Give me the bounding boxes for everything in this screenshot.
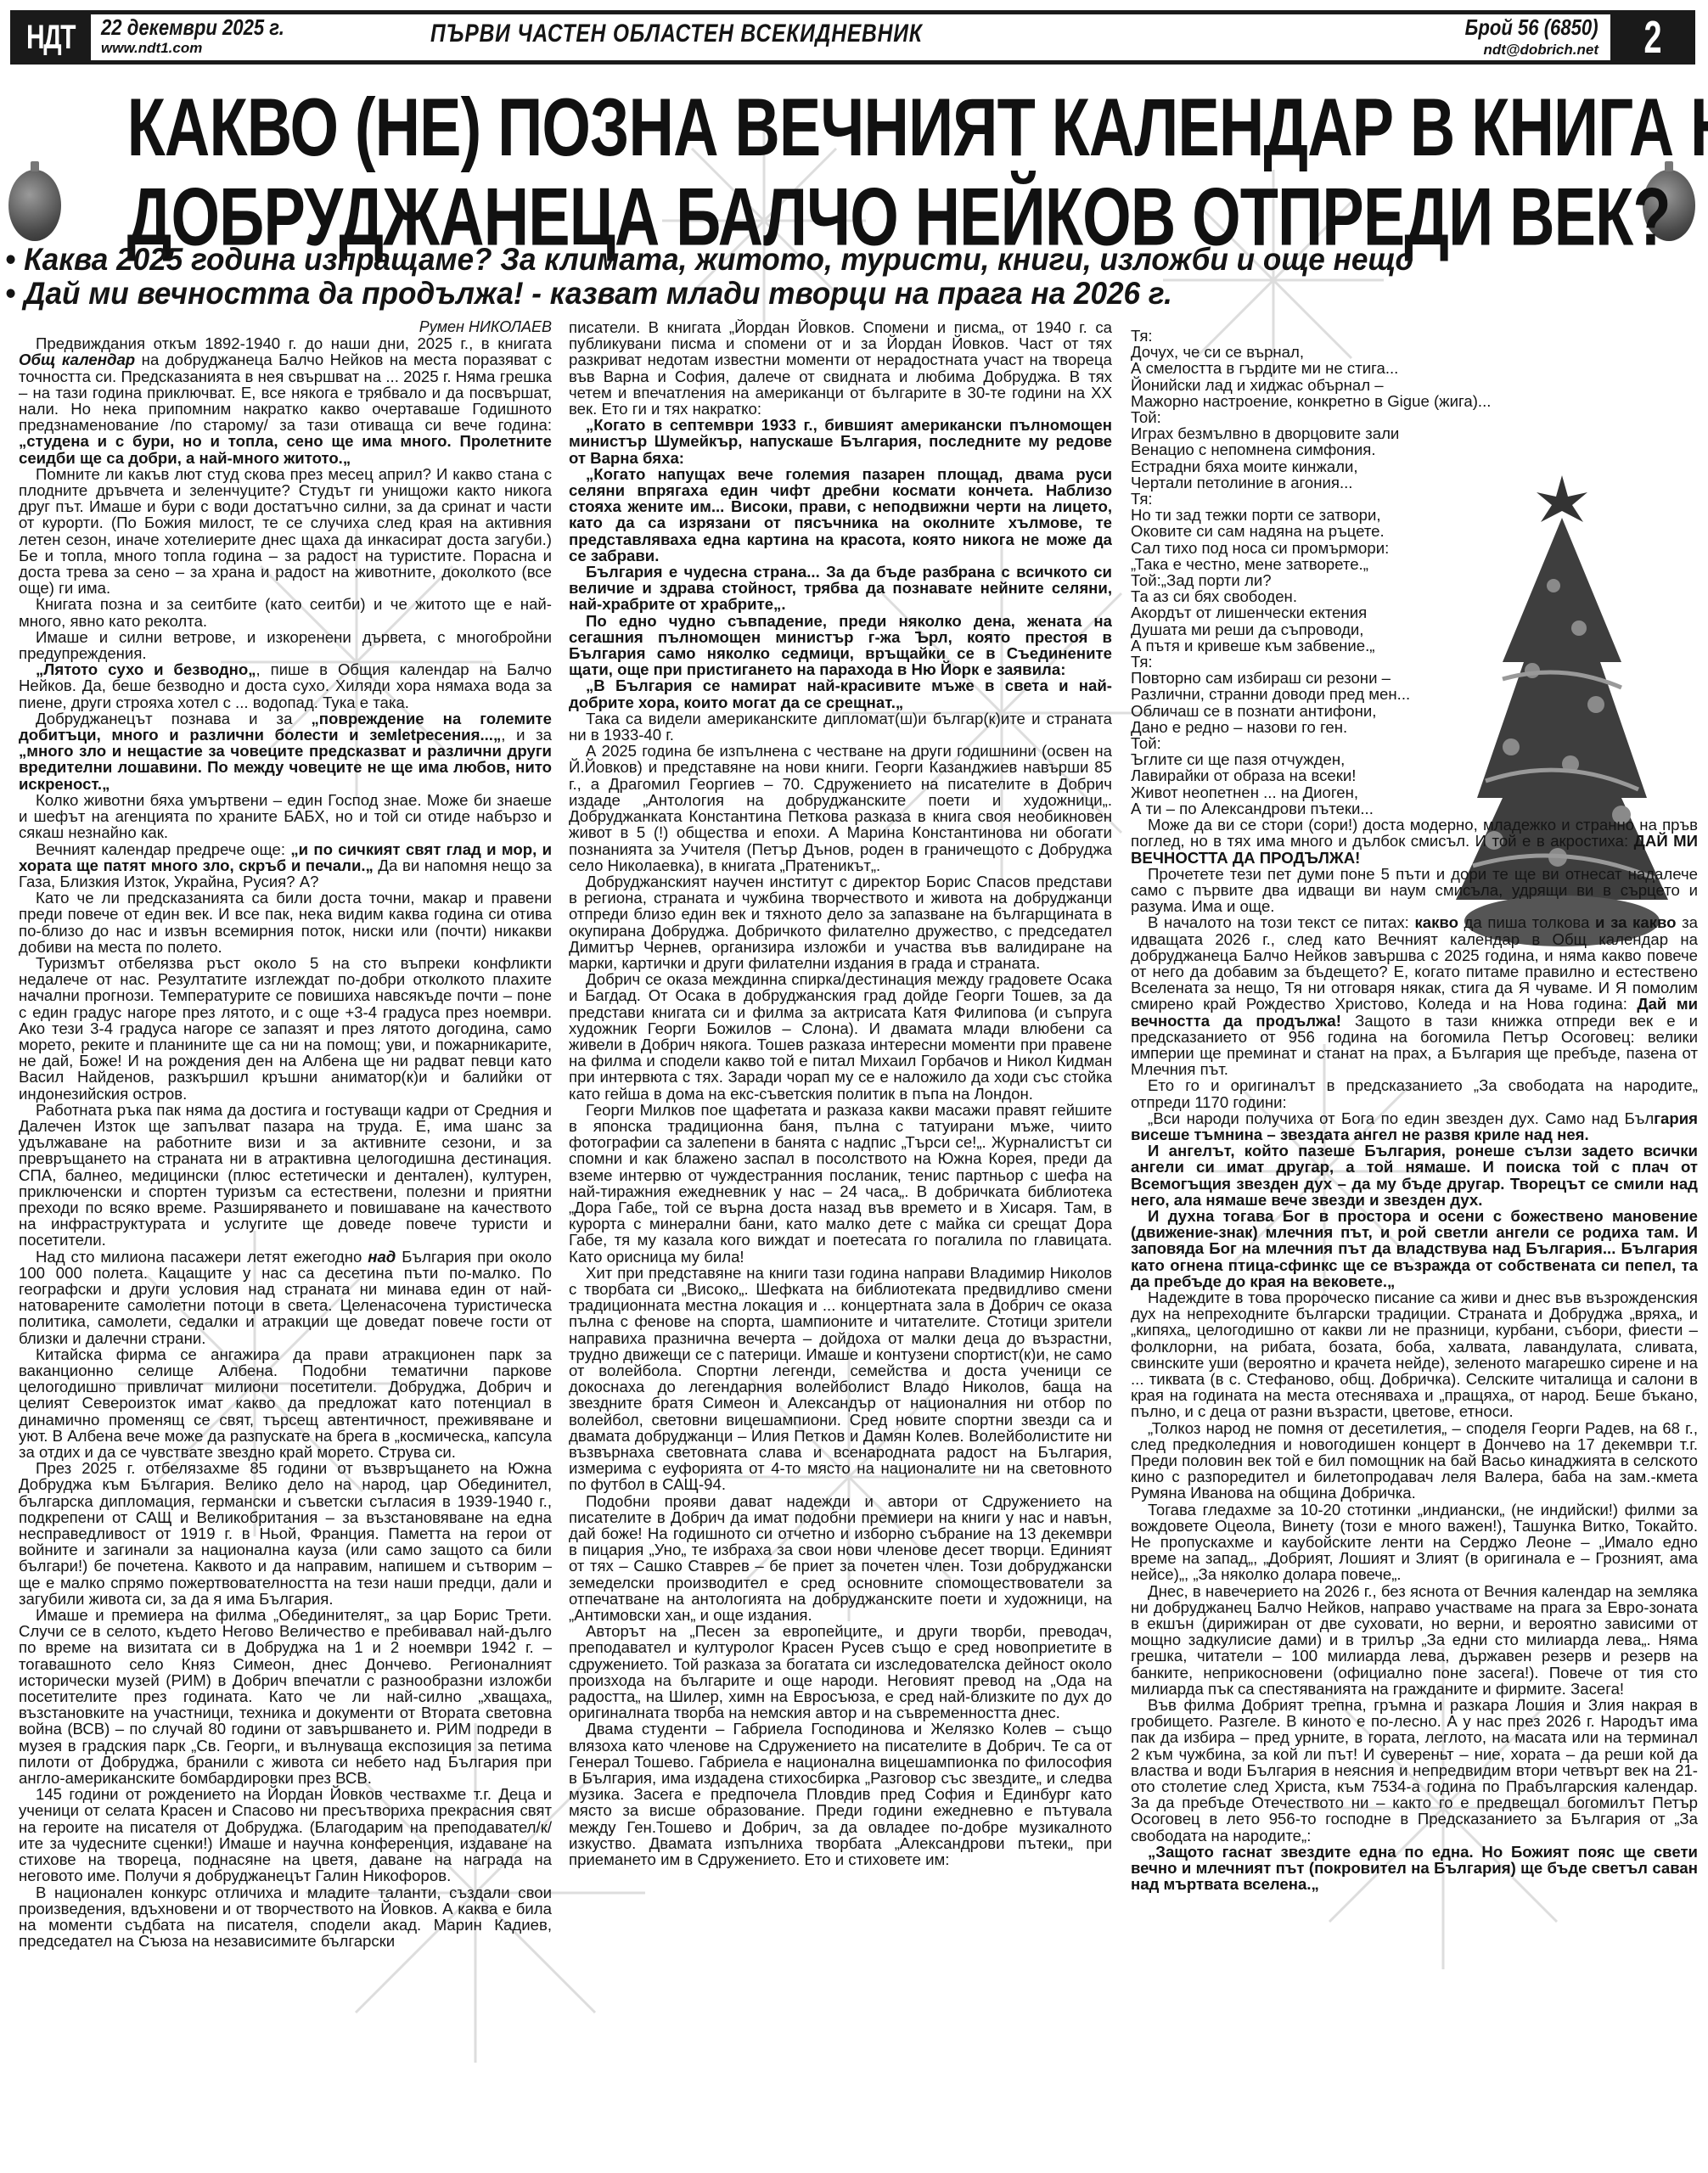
poem-line: Тя: [1131,654,1470,670]
paragraph: Над сто милиона пасажери летят ежегодно … [19,1249,552,1346]
paragraph: Във филма Добрият трепна, гръмна и разка… [1131,1697,1698,1844]
poem-line: Дочух, че си се върнал, [1131,344,1470,360]
subhead-1: • Каква 2025 година изпращаме? За климат… [5,243,1610,277]
poem-line: Венацио с непомнена симфония. [1131,441,1470,458]
email-link[interactable]: ndt@dobrich.net [1483,42,1598,59]
prophecy-quote: И духна тогава Бог в простора и осени с … [1131,1208,1698,1289]
poem-line: Оковите си сам надяна на ръцете. [1131,523,1470,539]
paragraph: А 2025 година бе изпълнена с честване на… [569,743,1112,873]
quote-paragraph: „В България се намират най-красивите мъж… [569,677,1112,710]
poem-line: Той:„Зад порти ли? [1131,572,1470,588]
quote-paragraph: „Когато напущах вече големия пазарен пло… [569,466,1112,564]
paragraph: Прочетете тези пет думи поне 5 пъти и до… [1131,866,1698,915]
christmas-bauble-icon [8,170,61,241]
poem-line: Живот неопетнен ... на Диоген, [1131,784,1470,800]
poem-line: Чертали петолиние в агония... [1131,474,1470,491]
issue-date: 22 декември 2025 г. [101,14,284,41]
column-3: Тя: Дочух, че си се върнал, А смелостта … [1131,319,1698,2166]
poem-line: Ъглите си ще пазя отчужден, [1131,751,1470,767]
paragraph: Георги Милков пое щафетата и разказа как… [569,1102,1112,1265]
quote-paragraph: България е чудесна страна... За да бъде … [569,564,1112,613]
article-body: Румен НИКОЛАЕВ Предвиждания откъм 1892-1… [19,319,1696,2166]
paragraph: Вечният календар предрече още: „и по сич… [19,841,552,890]
paragraph: Предвиждания откъм 1892-1940 г. до наши … [19,335,552,466]
paragraph: Авторът на „Песен за европейците„ и друг… [569,1623,1112,1721]
subhead-2: • Дай ми вечността да продължа! - казват… [5,277,1610,311]
poem-line: Душата ми реши да съпроводи, [1131,621,1470,637]
paragraph: Може да ви се стори (сори!) доста модерн… [1131,817,1698,866]
byline: Румен НИКОЛАЕВ [19,319,552,335]
masthead-tagline: ПЪРВИ ЧАСТЕН ОБЛАСТЕН ВСЕКИДНЕВНИК [430,20,923,48]
poem-line: „Така е честно, мене затворете.„ [1131,556,1470,572]
poem-line: Лавирайки от образа на всеки! [1131,767,1470,783]
quote-paragraph: „Когато в септември 1933 г., бившият аме… [569,417,1112,466]
poem-line: А пътя и кривеше към забвение.„ [1131,637,1470,654]
poem-line: А смелостта в гърдите ми не стига... [1131,360,1470,376]
poem-line: Повторно сам избираш си резони – [1131,670,1470,686]
poem-line: Той: [1131,409,1470,425]
closing-quote: „Защото гаснат звездите една по една. Но… [1131,1844,1698,1893]
paragraph: „Толкоз народ не помня от десетилетия„ –… [1131,1420,1698,1502]
paragraph: Тогава гледахме за 10-20 стотинки „индиа… [1131,1502,1698,1583]
poem-line: Та аз си бях свободен. [1131,588,1470,604]
poem-line: Тя: [1131,491,1470,507]
poem-line: Йонийски лад и хиджас обърнал – [1131,377,1470,393]
paragraph: писатели. В книгата „Йордан Йовков. Спом… [569,319,1112,417]
article-headline: КАКВО (НЕ) ПОЗНА ВЕЧНИЯТ КАЛЕНДАР В КНИГ… [127,83,1584,262]
paragraph: Днес, в навечерието на 2026 г., без ясно… [1131,1583,1698,1697]
paragraph: Надеждите в това пророческо писание са ж… [1131,1289,1698,1420]
paragraph: В началото на този текст се питах: какво… [1131,914,1698,1077]
paragraph: Работната ръка пак няма да достига и гос… [19,1102,552,1249]
paragraph: Хит при представяне на книги тази година… [569,1265,1112,1493]
issue-number: Брой 56 (6850) [1465,14,1598,41]
prophecy-quote: И ангелът, който пазеше България, ронеше… [1131,1143,1698,1208]
paragraph: „Лятото сухо и безводно„, пише в Общия к… [19,661,552,710]
paragraph: Подобни прояви дават надежди и автори от… [569,1493,1112,1624]
newspaper-logo: НДТ [20,10,81,65]
poem: Тя: Дочух, че си се върнал, А смелостта … [1131,328,1470,817]
poem-line: Различни, странни доводи пред мен... [1131,686,1470,702]
masthead: НДТ 22 декември 2025 г. www.ndt1.com ПЪР… [10,10,1695,65]
column-1: Румен НИКОЛАЕВ Предвиждания откъм 1892-1… [19,319,552,2166]
poem-line: Тя: [1131,328,1470,344]
poem-line: Дано е редно – назови го ген. [1131,719,1470,735]
poem-line: Мажорно настроение, конкретно в Gigue (ж… [1131,393,1470,409]
headline-line-1: КАКВО (НЕ) ПОЗНА ВЕЧНИЯТ КАЛЕНДАР В КНИГ… [127,83,1584,172]
poem-line: Обличаш се в познати антифони, [1131,703,1470,719]
prophecy-quote: „Вси народи получиха от Бога по един зве… [1131,1110,1698,1143]
paragraph: Добруджанският научен институт с директо… [569,873,1112,971]
paragraph: Туризмът отбелязва ръст около 5 на сто в… [19,955,552,1102]
article-subheads: • Каква 2025 година изпращаме? За климат… [5,243,1694,311]
quote-paragraph: По едно чудно съвпадение, преди няколко … [569,613,1112,678]
poem-line: Той: [1131,735,1470,751]
paragraph: През 2025 г. отбелязахме 85 години от въ… [19,1460,552,1607]
paragraph: Китайска фирма се ангажира да прави атра… [19,1346,552,1460]
paragraph: Книгата позна и за сеитбите (като сеитби… [19,596,552,628]
poem-line: Но ти зад тежки порти се затвори, [1131,507,1470,523]
paragraph: Като че ли предсказанията са били доста … [19,890,552,955]
poem-line: Акордът от лишенчески ектения [1131,604,1470,620]
paragraph: Имаше и премиера на филма „Обединителят„… [19,1607,552,1786]
paragraph: Колко животни бяха умъртвени – един Госп… [19,792,552,841]
poem-line: Сал тихо под носа си промърмори: [1131,540,1470,556]
paragraph: Ето го и оригиналът в предсказанието „За… [1131,1077,1698,1109]
page-number: 2 [1623,10,1683,65]
column-2: писатели. В книгата „Йордан Йовков. Спом… [569,319,1112,2166]
paragraph: 145 години от рождението на Йордан Йовко… [19,1786,552,1884]
poem-line: А ти – по Александрови пътеки... [1131,800,1470,817]
paragraph: Двама студенти – Габриела Господинова и … [569,1721,1112,1867]
poem-line: Естрадни бяха моите кинжали, [1131,458,1470,474]
masthead-band: 22 декември 2025 г. www.ndt1.com ПЪРВИ Ч… [91,14,1610,60]
paragraph: Така са видели американските дипломат(ш)… [569,710,1112,743]
paragraph: В национален конкурс отличиха и младите … [19,1884,552,1950]
poem-line: Играх безмълвно в дворцовите зали [1131,425,1470,441]
paragraph: Добрич се оказа междинна спирка/дестинац… [569,971,1112,1102]
paragraph: Имаше и силни ветрове, и изкоренени дърв… [19,629,552,661]
website-link[interactable]: www.ndt1.com [101,40,202,57]
paragraph: Добруджанецът познава и за „повреждение … [19,710,552,792]
paragraph: Помните ли какъв лют студ скова през мес… [19,466,552,597]
